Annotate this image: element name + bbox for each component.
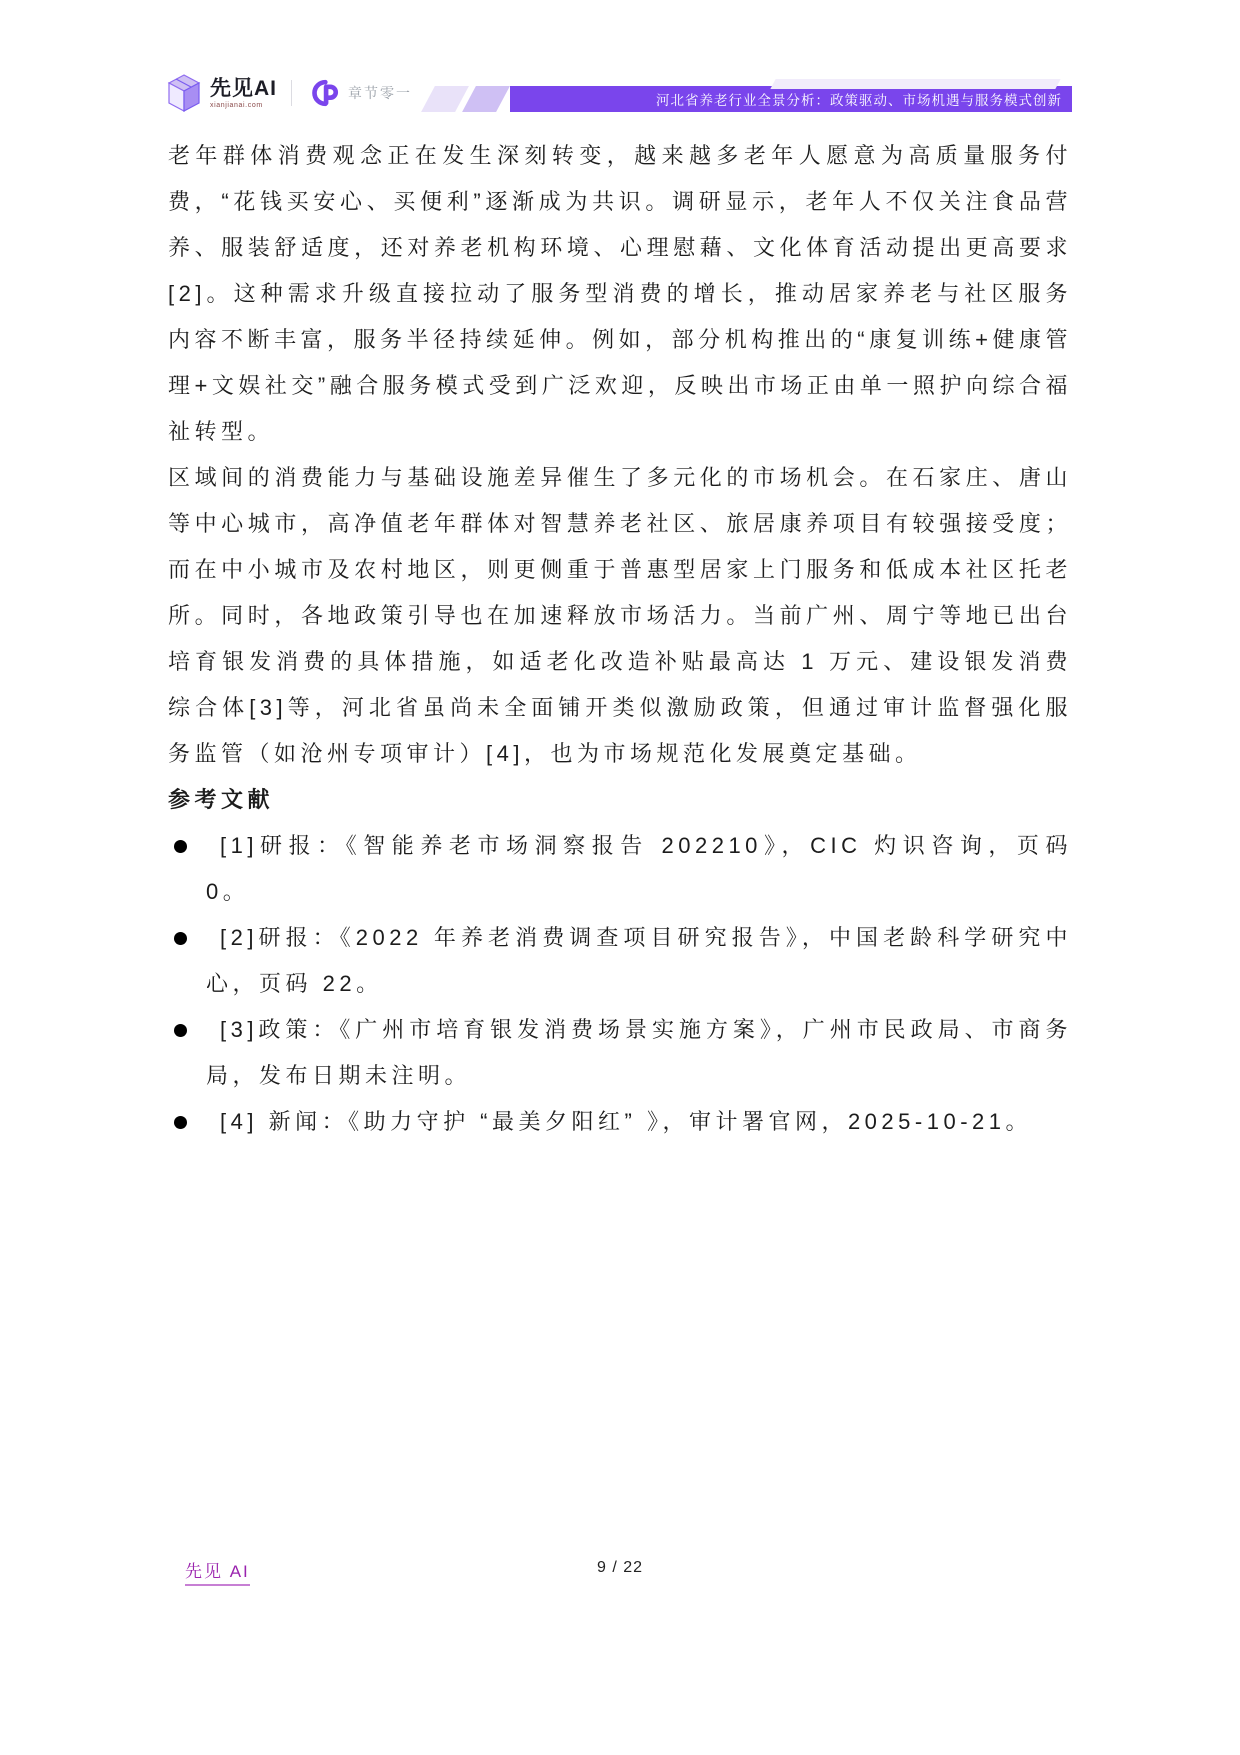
reference-item: [1]研报：《智能养老市场洞察报告 202210》，CIC 灼识咨询，页码 0。 xyxy=(168,823,1072,915)
banner-bar: 河北省养老行业全景分析：政策驱动、市场机遇与服务模式创新 xyxy=(510,86,1072,112)
banner-stripe-light xyxy=(421,86,469,112)
banner-glow-stripe xyxy=(770,79,1060,89)
reference-text: [3]政策：《广州市培育银发消费场景实施方案》，广州市民政局、市商务局，发布日期… xyxy=(206,1017,1072,1088)
xianjian-cube-logo-icon xyxy=(166,72,202,114)
body-paragraph-1: 老年群体消费观念正在发生深刻转变，越来越多老年人愿意为高质量服务付费，“花钱买安… xyxy=(168,133,1072,455)
cp-monogram-icon xyxy=(306,77,340,109)
bullet-icon xyxy=(174,840,187,853)
bullet-icon xyxy=(174,932,187,945)
report-title-banner: 河北省养老行业全景分析：政策驱动、市场机遇与服务模式创新 xyxy=(428,86,1072,112)
banner-stripe-mid xyxy=(462,86,510,112)
references-list: [1]研报：《智能养老市场洞察报告 202210》，CIC 灼识咨询，页码 0。… xyxy=(168,823,1072,1145)
reference-item: [3]政策：《广州市培育银发消费场景实施方案》，广州市民政局、市商务局，发布日期… xyxy=(168,1007,1072,1099)
brand-text: 先见AI xianjianai.com xyxy=(210,78,277,109)
banner-title: 河北省养老行业全景分析：政策驱动、市场机遇与服务模式创新 xyxy=(656,89,1062,109)
body-paragraph-2: 区域间的消费能力与基础设施差异催生了多元化的市场机会。在石家庄、唐山等中心城市，… xyxy=(168,455,1072,777)
brand-name: 先见AI xyxy=(210,78,277,99)
bullet-icon xyxy=(174,1116,187,1129)
reference-text: [1]研报：《智能养老市场洞察报告 202210》，CIC 灼识咨询，页码 0。 xyxy=(206,833,1072,904)
reference-item: [2]研报：《2022 年养老消费调查项目研究报告》，中国老龄科学研究中心，页码… xyxy=(168,915,1072,1007)
brand-domain: xianjianai.com xyxy=(210,102,277,109)
brand-area: 先见AI xianjianai.com 章节零一 xyxy=(166,72,412,114)
partner-name: 章节零一 xyxy=(348,83,412,103)
reference-text: [2]研报：《2022 年养老消费调查项目研究报告》，中国老龄科学研究中心，页码… xyxy=(206,925,1072,996)
bullet-icon xyxy=(174,1024,187,1037)
page-footer: 先见 AI 9 / 22 xyxy=(0,1557,1240,1597)
page-header: 先见AI xianjianai.com 章节零一 河北省养老行业全景分析：政策驱… xyxy=(0,0,1240,132)
header-divider xyxy=(291,80,292,106)
references-heading: 参考文献 xyxy=(168,777,1072,823)
document-page: 先见AI xianjianai.com 章节零一 河北省养老行业全景分析：政策驱… xyxy=(0,0,1240,1755)
reference-text: [4] 新闻：《助力守护 “最美夕阳红” 》，审计署官网，2025-10-21。 xyxy=(220,1109,1032,1134)
reference-item: [4] 新闻：《助力守护 “最美夕阳红” 》，审计署官网，2025-10-21。 xyxy=(168,1099,1072,1145)
page-indicator: 9 / 22 xyxy=(0,1559,1240,1577)
document-body: 老年群体消费观念正在发生深刻转变，越来越多老年人愿意为高质量服务付费，“花钱买安… xyxy=(168,133,1072,1145)
